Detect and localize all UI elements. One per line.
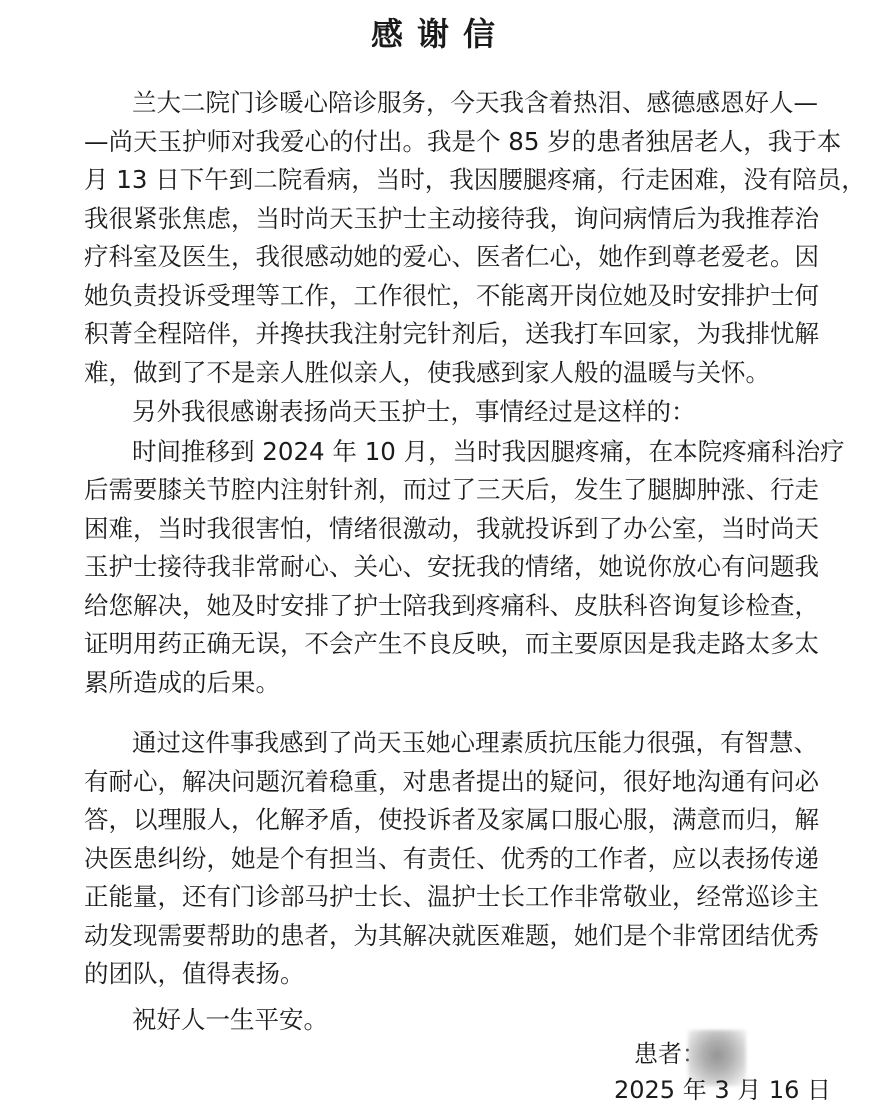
text-line: 有耐心，解决问题沉着稳重，对患者提出的疑问，很好地沟通有问必 [84, 766, 804, 798]
text-line: 积菁全程陪伴，并搀扶我注射完针剂后，送我打车回家，为我排忧解 [84, 318, 804, 350]
text-line: 另外我很感谢表扬尚天玉护士，事情经过是这样的： [132, 396, 804, 428]
letter-title: 感谢信 [0, 12, 880, 56]
text-line: 证明用药正确无误，不会产生不良反映，而主要原因是我走路太多太 [84, 628, 804, 660]
text-line: 困难，当时我很害怕，情绪很激动，我就投诉到了办公室，当时尚天 [84, 513, 804, 545]
text-line: 她负责投诉受理等工作，工作很忙，不能离开岗位她及时安排护士何 [84, 280, 804, 312]
text-line: 月 13 日下午到二院看病，当时，我因腰腿疼痛，行走困难，没有陪员， [84, 164, 804, 196]
text-line: 的团队，值得表扬。 [84, 958, 804, 990]
text-line: 累所造成的后果。 [84, 667, 804, 699]
text-line: 决医患纠纷，她是个有担当、有责任、优秀的工作者，应以表扬传递 [84, 843, 804, 875]
text-line: 通过这件事我感到了尚天玉她心理素质抗压能力很强，有智慧、 [132, 727, 804, 759]
text-line: 兰大二院门诊暖心陪诊服务，今天我含着热泪、感德感恩好人— [132, 87, 804, 119]
text-line: 正能量，还有门诊部马护士长、温护士长工作非常敬业，经常巡诊主 [84, 881, 804, 913]
text-line: 我很紧张焦虑，当时尚天玉护士主动接待我，询问病情后为我推荐治 [84, 203, 804, 235]
text-line: —尚天玉护师对我爱心的付出。我是个 85 岁的患者独居老人，我于本 [84, 126, 804, 158]
text-line: 动发现需要帮助的患者，为其解决就医难题，她们是个非常团结优秀 [84, 920, 804, 952]
text-line: 时间推移到 2024 年 10 月，当时我因腿疼痛，在本院疼痛科治疗 [132, 436, 804, 468]
text-line: 玉护士接待我非常耐心、关心、安抚我的情绪，她说你放心有问题我 [84, 551, 804, 583]
text-line: 后需要膝关节腔内注射针剂，而过了三天后，发生了腿脚肿涨、行走 [84, 474, 804, 506]
text-line: 疗科室及医生，我很感动她的爱心、医者仁心，她作到尊老爱老。因 [84, 241, 804, 273]
text-line: 难，做到了不是亲人胜似亲人，使我感到家人般的温暖与关怀。 [84, 357, 804, 389]
signature-date: 2025 年 3 月 16 日 [614, 1074, 831, 1106]
text-line: 给您解决，她及时安排了护士陪我到疼痛科、皮肤科咨询复诊检查， [84, 590, 804, 622]
text-line: 答，以理服人，化解矛盾，使投诉者及家属口服心服，满意而归，解 [84, 804, 804, 836]
